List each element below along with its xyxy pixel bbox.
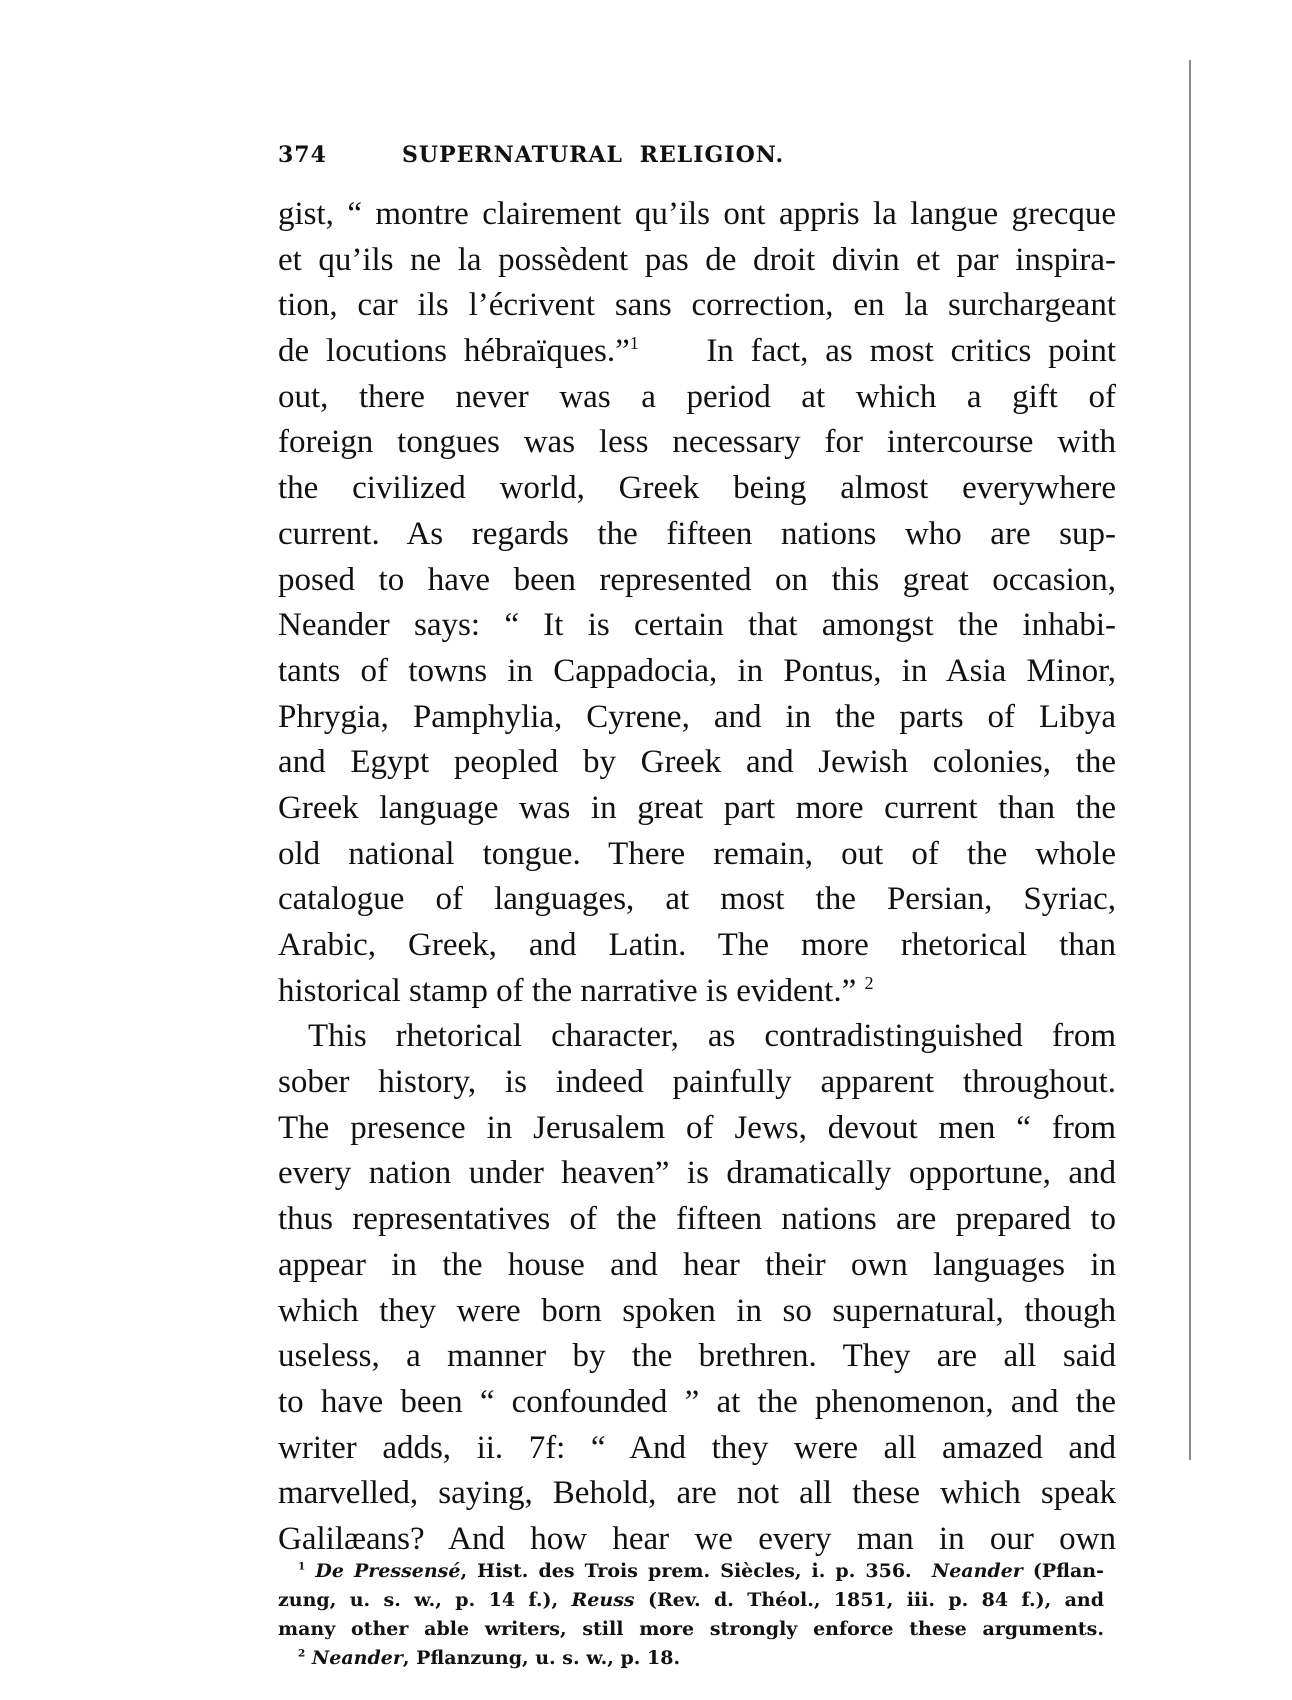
body-line: Neander says: “ It is certain that among… (278, 603, 1116, 649)
body-line: which they were born spoken in so supern… (278, 1289, 1116, 1335)
line-text: This rhetorical character, as contradist… (308, 1018, 1116, 1054)
line-text: Neander says: “ It is certain that among… (278, 607, 1116, 643)
body-line: foreign tongues was less necessary for i… (278, 420, 1116, 466)
line-text: current. As regards the fifteen nations … (278, 516, 1116, 552)
line-text: et qu’ils ne la possèdent pas de droit d… (278, 242, 1116, 278)
body-line: old national tongue. There remain, out o… (278, 832, 1116, 878)
line-text: every nation under heaven” is dramatical… (278, 1155, 1116, 1191)
citation-author: De Pressensé (315, 1560, 460, 1582)
body-line: gist, “ montre clairement qu’ils ont app… (278, 192, 1116, 238)
line-text: old national tongue. There remain, out o… (278, 836, 1116, 872)
line-text: useless, a manner by the brethren. They … (278, 1338, 1116, 1374)
line-text: catalogue of languages, at most the Pers… (278, 881, 1116, 917)
citation-author: Neander (312, 1647, 403, 1669)
footnote-2: 2 Neander, Pflanzung, u. s. w., p. 18. (278, 1644, 1104, 1673)
citation-text: (Pflan- (1023, 1560, 1104, 1582)
line-text: the civilized world, Greek being almost … (278, 470, 1116, 506)
body-line: tion, car ils l’écrivent sans correction… (278, 283, 1116, 329)
body-line: posed to have been represented on this g… (278, 558, 1116, 604)
body-line: writer adds, ii. 7f: “ And they were all… (278, 1426, 1116, 1472)
line-text: thus representatives of the fifteen nati… (278, 1201, 1116, 1237)
line-text: gist, “ montre clairement qu’ils ont app… (278, 196, 1116, 232)
body-line: out, there never was a period at which a… (278, 375, 1116, 421)
footnote-ref-1[interactable]: 1 (630, 333, 639, 353)
line-text: Phrygia, Pamphylia, Cyrene, and in the p… (278, 699, 1116, 735)
body-line: the civilized world, Greek being almost … (278, 466, 1116, 512)
footnote-1-cont: many other able writers, still more stro… (278, 1615, 1104, 1644)
line-text: foreign tongues was less necessary for i… (278, 424, 1116, 460)
line-text: appear in the house and hear their own l… (278, 1247, 1116, 1283)
line-text: The presence in Jerusalem of Jews, devou… (278, 1110, 1116, 1146)
citation-author: Reuss (572, 1589, 635, 1611)
footnote-1-cont: zung, u. s. w., p. 14 f.), Reuss (Rev. d… (278, 1586, 1104, 1615)
page-number: 374 (278, 142, 327, 168)
line-text: Galilæans? And how hear we every man in … (278, 1521, 1116, 1557)
citation-text: many other able writers, still more stro… (278, 1618, 1104, 1640)
line-text: marvelled, saying, Behold, are not all t… (278, 1475, 1116, 1511)
body-line: tants of towns in Cappadocia, in Pontus,… (278, 649, 1116, 695)
footnotes: 1 De Pressensé, Hist. des Trois prem. Si… (278, 1557, 1104, 1673)
body-line: thus representatives of the fifteen nati… (278, 1197, 1116, 1243)
body-line: catalogue of languages, at most the Pers… (278, 877, 1116, 923)
body-text: gist, “ montre clairement qu’ils ont app… (278, 192, 1116, 1563)
running-title: SUPERNATURAL RELIGION. (402, 142, 784, 168)
line-text: historical stamp of the narrative is evi… (278, 973, 856, 1009)
line-text: de locutions hébraïques.” (278, 333, 630, 369)
citation-text: zung, u. s. w., p. 14 f.), (278, 1589, 558, 1611)
body-line: sober history, is indeed painfully appar… (278, 1060, 1116, 1106)
citation-author: Neander (932, 1560, 1023, 1582)
body-line: Phrygia, Pamphylia, Cyrene, and in the p… (278, 695, 1116, 741)
body-line: Galilæans? And how hear we every man in … (278, 1517, 1116, 1563)
footnote-marker: 2 (298, 1648, 305, 1660)
body-line: The presence in Jerusalem of Jews, devou… (278, 1106, 1116, 1152)
line-text: tion, car ils l’écrivent sans correction… (278, 287, 1116, 323)
line-text: and Egypt peopled by Greek and Jewish co… (278, 744, 1116, 780)
citation-text: , Hist. des Trois prem. Siècles, i. p. 3… (460, 1560, 911, 1582)
body-line: This rhetorical character, as contradist… (278, 1014, 1116, 1060)
citation-text: , Pflanzung, u. s. w., p. 18. (403, 1647, 680, 1669)
line-text: writer adds, ii. 7f: “ And they were all… (278, 1430, 1116, 1466)
footnote-marker: 1 (298, 1561, 305, 1573)
body-line: et qu’ils ne la possèdent pas de droit d… (278, 238, 1116, 284)
line-text: In fact, as most critics point (706, 333, 1116, 369)
line-text: to have been “ confounded ” at the pheno… (278, 1384, 1116, 1420)
line-text: Greek language was in great part more cu… (278, 790, 1116, 826)
line-text: out, there never was a period at which a… (278, 379, 1116, 415)
body-line: and Egypt peopled by Greek and Jewish co… (278, 740, 1116, 786)
line-text: sober history, is indeed painfully appar… (278, 1064, 1116, 1100)
line-text: which they were born spoken in so supern… (278, 1293, 1116, 1329)
running-head: 374 SUPERNATURAL RELIGION. (278, 140, 1116, 174)
body-line: current. As regards the fifteen nations … (278, 512, 1116, 558)
footnote-ref-2[interactable]: 2 (864, 973, 873, 993)
body-line: useless, a manner by the brethren. They … (278, 1334, 1116, 1380)
body-line: historical stamp of the narrative is evi… (278, 969, 1116, 1015)
body-line: marvelled, saying, Behold, are not all t… (278, 1471, 1116, 1517)
line-text: tants of towns in Cappadocia, in Pontus,… (278, 653, 1116, 689)
body-line: every nation under heaven” is dramatical… (278, 1151, 1116, 1197)
body-line: Arabic, Greek, and Latin. The more rheto… (278, 923, 1116, 969)
citation-text: (Rev. d. Théol., 1851, iii. p. 84 f.), a… (635, 1589, 1104, 1611)
body-line: to have been “ confounded ” at the pheno… (278, 1380, 1116, 1426)
line-text: Arabic, Greek, and Latin. The more rheto… (278, 927, 1116, 963)
body-line: Greek language was in great part more cu… (278, 786, 1116, 832)
footnote-1: 1 De Pressensé, Hist. des Trois prem. Si… (278, 1557, 1104, 1586)
page-edge-line (1189, 60, 1191, 1460)
body-line: de locutions hébraïques.”1 In fact, as m… (278, 329, 1116, 375)
body-line: appear in the house and hear their own l… (278, 1243, 1116, 1289)
line-text: posed to have been represented on this g… (278, 562, 1116, 598)
